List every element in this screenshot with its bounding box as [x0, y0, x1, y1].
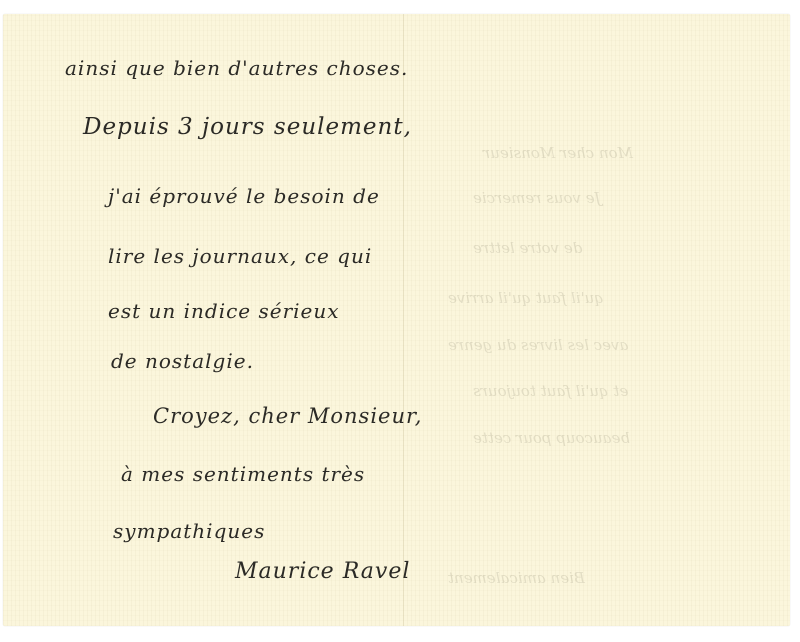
handwritten-line: lire les journaux, ce qui — [108, 244, 372, 268]
bleed-through-text: beaucoup pour cette — [473, 429, 630, 447]
handwritten-line: est un indice sérieux — [108, 299, 340, 323]
handwritten-line: sympathiques — [113, 519, 265, 543]
bleed-through-text: qu'il faut qu'il arrive — [448, 289, 604, 307]
bleed-through-text: Mon cher Monsieur — [483, 144, 633, 162]
handwritten-line: j'ai éprouvé le besoin de — [108, 184, 380, 208]
handwritten-line: Depuis 3 jours seulement, — [83, 114, 412, 140]
signature: Maurice Ravel — [235, 559, 410, 584]
handwritten-line: Croyez, cher Monsieur, — [153, 404, 422, 428]
bleed-through-text: Bien amicalement — [448, 569, 585, 587]
bleed-through-text: avec les livres du genre — [448, 336, 628, 354]
bleed-through-text: de votre lettre — [473, 239, 582, 257]
page-fold — [403, 14, 404, 626]
bleed-through-text: Je vous remercie — [473, 189, 601, 207]
letter-paper: ainsi que bien d'autres choses. Depuis 3… — [3, 14, 790, 626]
handwritten-line: de nostalgie. — [111, 349, 254, 373]
handwritten-line: à mes sentiments très — [121, 462, 365, 486]
handwritten-line: ainsi que bien d'autres choses. — [65, 56, 408, 80]
bleed-through-text: et qu'il faut toujours — [473, 382, 628, 400]
